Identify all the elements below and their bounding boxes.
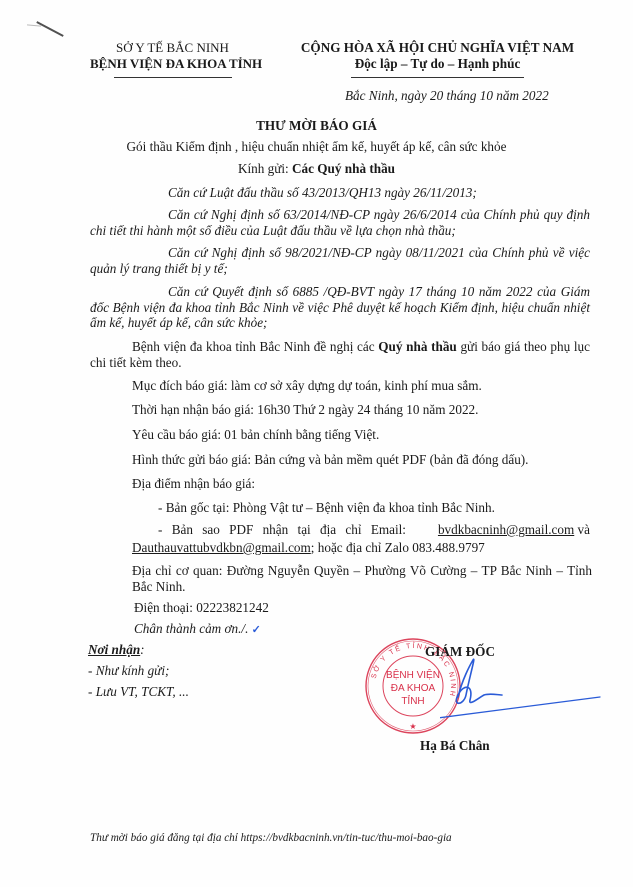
document-page: SỞ Y TẾ BẮC NINH BỆNH VIỆN ĐA KHOA TỈNH … (0, 0, 633, 887)
signatory-name: Hạ Bá Chân (420, 738, 490, 754)
format-line: Hình thức gửi báo giá: Bản cứng và bản m… (132, 452, 528, 468)
recipients-item: - Như kính gửi; (88, 663, 169, 679)
national-motto-block: CỘNG HÒA XÃ HỘI CHỦ NGHĨA VIỆT NAM Độc l… (285, 40, 590, 78)
requirement-line: Yêu cầu báo giá: 01 bản chính bằng tiếng… (132, 427, 379, 443)
request-bold: Quý nhà thầu (378, 339, 456, 354)
recipients-heading: Nơi nhận: (88, 642, 145, 658)
svg-text:TỈNH: TỈNH (401, 694, 424, 707)
request-paragraph: Bệnh viện đa khoa tỉnh Bắc Ninh đề nghị … (90, 339, 590, 370)
recipient-line: Kính gửi: Các Quý nhà thầu (0, 161, 633, 177)
svg-text:★: ★ (409, 722, 416, 731)
recipient-value: Các Quý nhà thầu (292, 161, 395, 176)
pdf-copy-line: - Bản sao PDF nhận tại địa chỉ Email: bv… (158, 522, 590, 538)
issuer-block: SỞ Y TẾ BẮC NINH BỆNH VIỆN ĐA KHOA TỈNH (90, 40, 255, 78)
deadline-line: Thời hạn nhận báo giá: 16h30 Thứ 2 ngày … (132, 402, 478, 418)
recipients-item: - Lưu VT, TCKT, ... (88, 684, 189, 700)
thanks-line: Chân thành cảm ơn./. ✓ (134, 621, 261, 637)
address-line: Địa chỉ cơ quan: Đường Nguyễn Quyền – Ph… (132, 563, 592, 594)
legal-basis-3: Căn cứ Nghị định số 98/2021/NĐ-CP ngày 0… (90, 245, 590, 276)
svg-text:ĐA KHOA: ĐA KHOA (391, 683, 436, 694)
initial-mark: ✓ (252, 624, 261, 636)
issuer-organization: BỆNH VIỆN ĐA KHOA TỈNH (90, 56, 255, 72)
email-zalo-line: Dauthauvattubvdkbn@gmail.com; hoặc địa c… (132, 540, 485, 556)
motto-underline (351, 77, 524, 78)
svg-text:BỆNH VIỆN: BỆNH VIỆN (386, 668, 440, 681)
nation-name: CỘNG HÒA XÃ HỘI CHỦ NGHĨA VIỆT NAM (285, 40, 590, 56)
scan-artifact (36, 21, 63, 37)
email-link-2[interactable]: Dauthauvattubvdkbn@gmail.com (132, 540, 311, 555)
legal-basis-1: Căn cứ Luật đấu thầu số 43/2013/QH13 ngà… (90, 185, 590, 201)
legal-basis-2: Căn cứ Nghị định số 63/2014/NĐ-CP ngày 2… (90, 207, 590, 238)
legal-basis-4: Căn cứ Quyết định số 6885 /QĐ-BVT ngày 1… (90, 284, 590, 331)
signature-scribble (440, 655, 610, 725)
issuer-department: SỞ Y TẾ BẮC NINH (90, 40, 255, 56)
issuer-underline (114, 77, 232, 78)
location-label: Địa điểm nhận báo giá: (132, 476, 255, 492)
purpose-line: Mục đích báo giá: làm cơ sở xây dựng dự … (132, 378, 482, 394)
document-title: THƯ MỜI BÁO GIÁ (0, 118, 633, 134)
email-link-1[interactable]: bvdkbacninh@gmail.com (438, 522, 574, 537)
footer-note: Thư mời báo giá đăng tại địa chỉ https:/… (90, 832, 452, 844)
phone-line: Điện thoại: 02223821242 (134, 600, 269, 616)
document-subject: Gói thầu Kiểm định , hiệu chuẩn nhiệt ẩm… (0, 139, 633, 155)
original-copy-line: - Bản gốc tại: Phòng Vật tư – Bệnh viện … (158, 500, 495, 516)
motto: Độc lập – Tự do – Hạnh phúc (285, 56, 590, 72)
recipient-label: Kính gửi: (238, 161, 292, 176)
date-line: Bắc Ninh, ngày 20 tháng 10 năm 2022 (345, 88, 549, 104)
